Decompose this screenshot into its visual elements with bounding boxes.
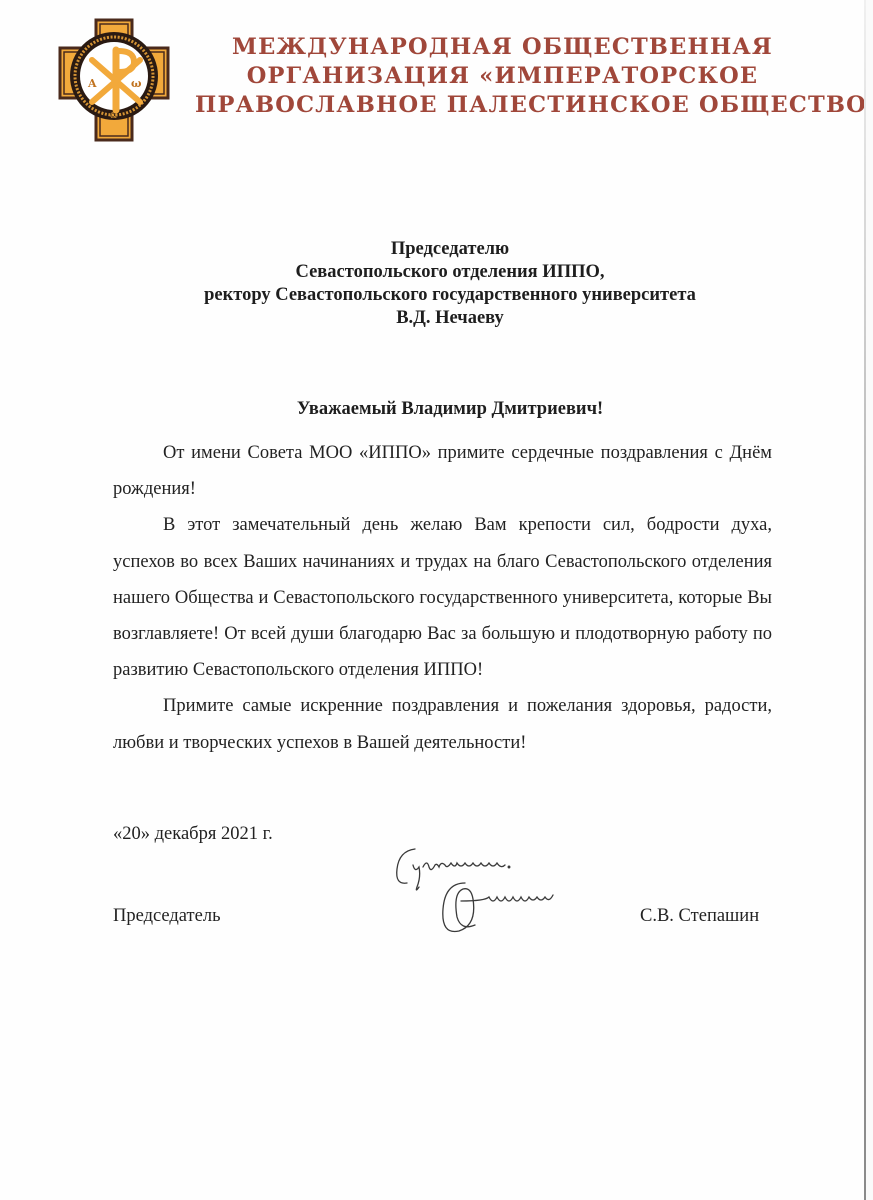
letter-body: От имени Совета МОО «ИППО» примите серде… [113, 435, 772, 761]
organization-name: МЕЖДУНАРОДНАЯ ОБЩЕСТВЕННАЯ ОРГАНИЗАЦИЯ «… [195, 33, 810, 120]
addressee-line-4: В.Д. Нечаеву [100, 307, 800, 330]
addressee-line-2: Севастопольского отделения ИППО, [100, 261, 800, 284]
org-name-line-3: ПРАВОСЛАВНОЕ ПАЛЕСТИНСКОЕ ОБЩЕСТВО» [195, 91, 810, 120]
scan-margin [866, 0, 873, 1200]
svg-text:&: & [110, 111, 117, 120]
letter-page: A ω & МЕЖДУНАРОДНАЯ ОБЩЕСТВЕННАЯ ОРГАНИЗ… [0, 0, 873, 1200]
paragraph-3: Примите самые искренние поздравления и п… [113, 688, 772, 760]
signer-title: Председатель [113, 905, 221, 928]
svg-text:ω: ω [131, 77, 142, 90]
svg-text:A: A [87, 77, 97, 90]
addressee-block: Председателю Севастопольского отделения … [100, 238, 800, 330]
org-name-line-1: МЕЖДУНАРОДНАЯ ОБЩЕСТВЕННАЯ [195, 33, 810, 62]
addressee-line-1: Председателю [100, 238, 800, 261]
paragraph-1: От имени Совета МОО «ИППО» примите серде… [113, 435, 772, 507]
addressee-line-3: ректору Севастопольского государственног… [100, 284, 800, 307]
org-name-line-2: ОРГАНИЗАЦИЯ «ИМПЕРАТОРСКОЕ [195, 62, 810, 91]
letter-date: «20» декабря 2021 г. [113, 823, 273, 846]
salutation: Уважаемый Владимир Дмитриевич! [100, 398, 800, 421]
signer-name: С.В. Степашин [640, 905, 759, 928]
ippo-emblem-icon: A ω & [58, 18, 170, 142]
handwritten-signature-icon [385, 843, 585, 943]
paragraph-2: В этот замечательный день желаю Вам креп… [113, 507, 772, 688]
